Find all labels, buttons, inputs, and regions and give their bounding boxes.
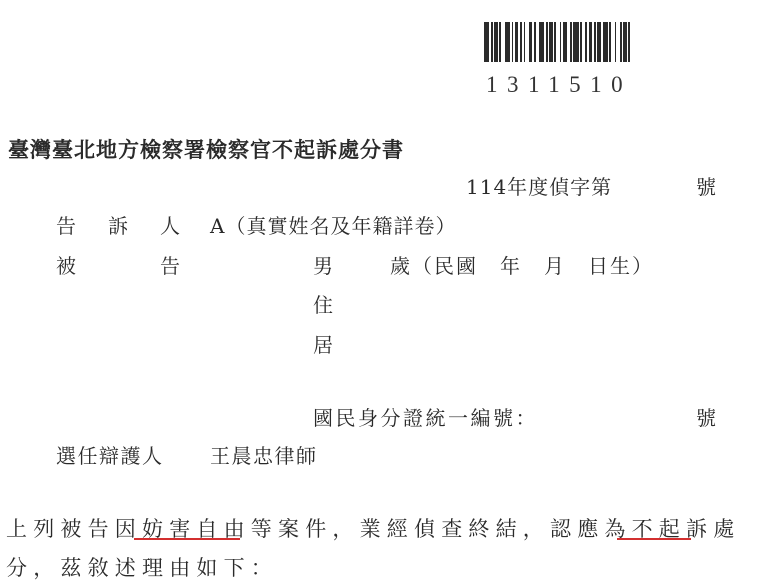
defendant-label-char: 告 — [160, 250, 180, 279]
case-number-suffix: 號 — [696, 171, 716, 200]
highlight-underline-obstruction-of-freedom — [134, 538, 240, 540]
case-number: 114年度偵字第 — [466, 171, 612, 200]
barcode-number: 1311510 — [486, 72, 630, 98]
defendant-age-birth: 歲（民國 年 月 日生） — [390, 250, 654, 279]
body-line-2: 分，茲敘述理由如下： — [6, 552, 278, 582]
defendant-gender: 男 — [313, 250, 334, 279]
barcode-gap — [630, 22, 632, 62]
address-label-domicile: 居 — [313, 329, 334, 358]
complainant-value: A（真實姓名及年籍詳卷） — [210, 210, 456, 239]
barcode — [484, 22, 632, 62]
defense-counsel-name: 王晨忠律師 — [210, 440, 318, 469]
address-label-residence: 住 — [313, 289, 334, 318]
id-number-suffix: 號 — [696, 402, 717, 431]
defendant-label-char: 被 — [56, 250, 76, 279]
complainant-label-char: 人 — [160, 210, 180, 239]
complainant-label-char: 訴 — [108, 210, 128, 239]
complainant-label-char: 告 — [56, 210, 76, 239]
highlight-underline-non-prosecution — [617, 538, 691, 540]
defense-counsel-label: 選任辯護人 — [56, 440, 164, 469]
document-title: 臺灣臺北地方檢察署檢察官不起訴處分書 — [8, 134, 404, 164]
id-number-label: 國民身分證統一編號： — [313, 402, 538, 431]
